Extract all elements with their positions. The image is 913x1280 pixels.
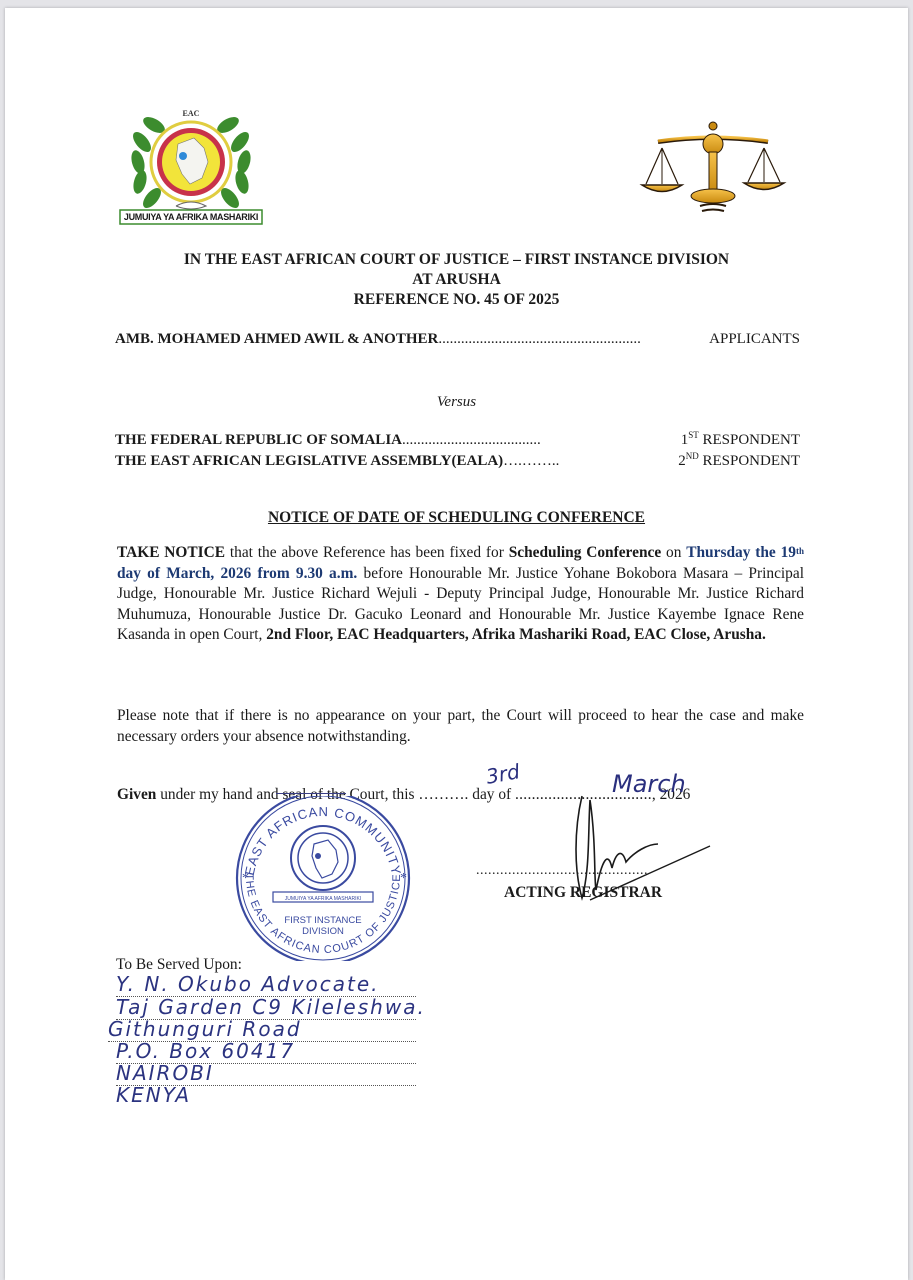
applicant-role: APPLICANTS (709, 331, 800, 348)
seal-stamp-icon: EAST AFRICAN COMMUNITY THE EAST AFRICAN … (228, 796, 418, 961)
notice-paragraph: TAKE NOTICE that the above Reference has… (117, 543, 804, 646)
svg-text:EAC: EAC (183, 109, 200, 118)
respondent-2-line: THE EAST AFRICAN LEGISLATIVE ASSEMBLY(EA… (115, 453, 800, 470)
strikethrough-seal (276, 793, 346, 794)
svg-text:*: * (242, 871, 249, 886)
respondent-2-role: 2ND RESPONDENT (678, 453, 800, 470)
respondent-1-role: 1ST RESPONDENT (681, 432, 800, 449)
served-line-6: KENYA (116, 1083, 191, 1107)
eac-banner-text: JUMUIYA YA AFRIKA MASHARIKI (120, 211, 262, 223)
eac-logo: EAC JUMUIYA YA AFRIKA MASHARIKI (116, 100, 266, 228)
venue: 2nd Floor, EAC Headquarters, Afrika Mash… (266, 626, 766, 643)
svg-text:*: * (400, 871, 407, 886)
heading-reference: REFERENCE NO. 45 OF 2025 (0, 290, 913, 309)
heading-location: AT ARUSHA (0, 270, 913, 289)
acting-registrar-title: ACTING REGISTRAR (504, 884, 662, 902)
svg-text:FIRST INSTANCE: FIRST INSTANCE (284, 915, 361, 926)
signature-dots: ........................................… (476, 863, 648, 879)
scales-of-justice-logo (628, 108, 798, 220)
svg-text:DIVISION: DIVISION (302, 926, 344, 937)
respondent-1-line: THE FEDERAL REPUBLIC OF SOMALIA ........… (115, 432, 800, 449)
respondent-2-dots: ….…….. (503, 453, 678, 470)
heading-court: IN THE EAST AFRICAN COURT OF JUSTICE – F… (0, 250, 913, 269)
served-line-1: Y. N. Okubo Advocate. (116, 972, 416, 997)
versus-label: Versus (0, 394, 913, 411)
applicant-line: AMB. MOHAMED AHMED AWIL & ANOTHER ......… (115, 331, 800, 348)
applicant-name: AMB. MOHAMED AHMED AWIL & ANOTHER (115, 331, 438, 348)
scales-icon (628, 108, 798, 220)
court-seal: EAST AFRICAN COMMUNITY THE EAST AFRICAN … (228, 796, 418, 961)
respondent-2-name: THE EAST AFRICAN LEGISLATIVE ASSEMBLY(EA… (115, 453, 503, 470)
applicant-dots: ........................................… (438, 331, 709, 348)
svg-text:JUMUIYA YA AFRIKA MASHARIKI: JUMUIYA YA AFRIKA MASHARIKI (285, 896, 361, 902)
respondent-1-name: THE FEDERAL REPUBLIC OF SOMALIA (115, 432, 402, 449)
notice-title: NOTICE OF DATE OF SCHEDULING CONFERENCE (0, 509, 913, 527)
absence-warning: Please note that if there is no appearan… (117, 706, 804, 747)
eac-emblem-icon: EAC (116, 100, 266, 228)
respondent-1-dots: ..................................... (402, 432, 681, 449)
